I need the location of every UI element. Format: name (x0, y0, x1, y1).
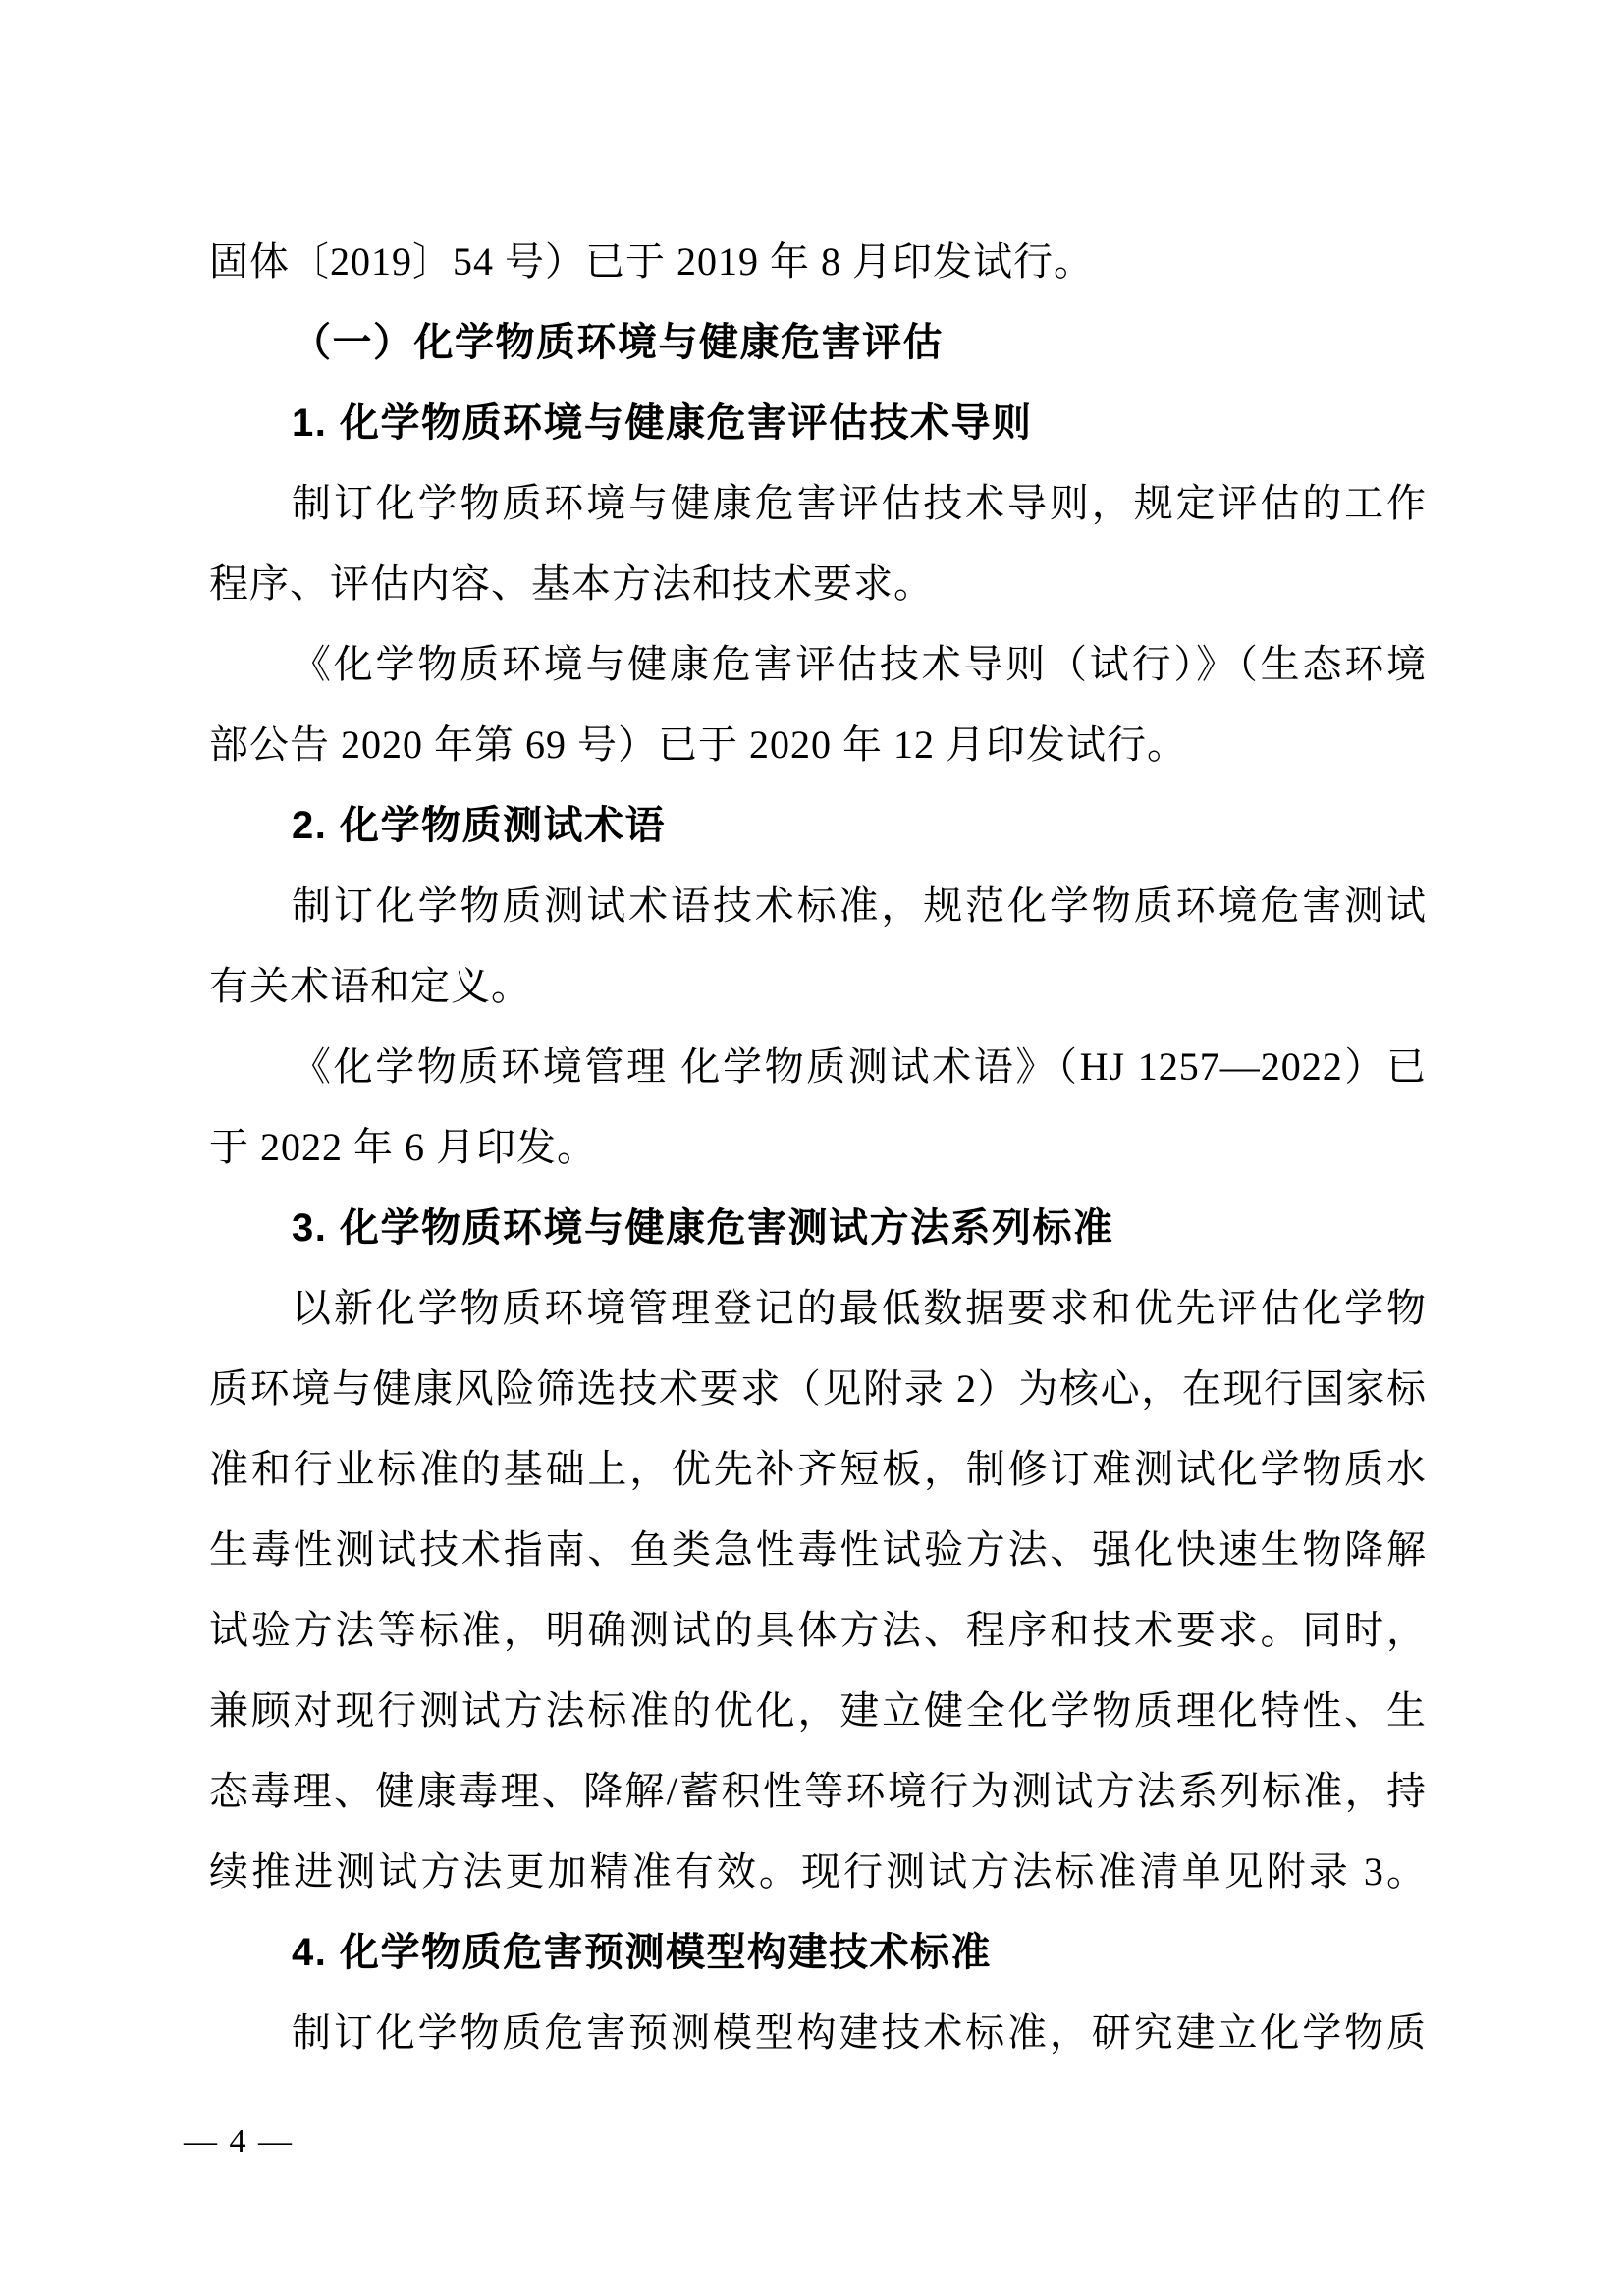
paragraph-line: 《化学物质环境管理 化学物质测试术语》（HJ 1257—2022）已 (209, 1027, 1427, 1107)
paragraph-line: 制订化学物质危害预测模型构建技术标准，研究建立化学物质 (209, 1993, 1427, 2073)
paragraph-line: 以新化学物质环境管理登记的最低数据要求和优先评估化学物 (209, 1268, 1427, 1349)
paragraph-line: 制订化学物质测试术语技术标准，规范化学物质环境危害测试 (209, 866, 1427, 946)
paragraph-line: 态毒理、健康毒理、降解/蓄积性等环境行为测试方法系列标准，持 (209, 1751, 1427, 1832)
paragraph-line: 程序、评估内容、基本方法和技术要求。 (209, 544, 1427, 624)
document-page: 固体〔2019〕54 号）已于 2019 年 8 月印发试行。 （一）化学物质环… (0, 0, 1624, 2296)
paragraph-line: 准和行业标准的基础上，优先补齐短板，制修订难测试化学物质水 (209, 1429, 1427, 1510)
paragraph-line: 于 2022 年 6 月印发。 (209, 1107, 1427, 1188)
subsection-heading-4: 4. 化学物质危害预测模型构建技术标准 (209, 1912, 1427, 1993)
paragraph-line: 试验方法等标准，明确测试的具体方法、程序和技术要求。同时， (209, 1590, 1427, 1671)
paragraph-line: 续推进测试方法更加精准有效。现行测试方法标准清单见附录 3。 (209, 1832, 1427, 1912)
paragraph-line: 生毒性测试技术指南、鱼类急性毒性试验方法、强化快速生物降解 (209, 1510, 1427, 1590)
subsection-heading-3: 3. 化学物质环境与健康危害测试方法系列标准 (209, 1188, 1427, 1268)
subsection-heading-1: 1. 化学物质环境与健康危害评估技术导则 (209, 383, 1427, 463)
paragraph-line: 兼顾对现行测试方法标准的优化，建立健全化学物质理化特性、生 (209, 1671, 1427, 1751)
document-body: 固体〔2019〕54 号）已于 2019 年 8 月印发试行。 （一）化学物质环… (209, 222, 1427, 2073)
section-heading: （一）化学物质环境与健康危害评估 (209, 302, 1427, 383)
body-line: 固体〔2019〕54 号）已于 2019 年 8 月印发试行。 (209, 222, 1427, 302)
page-number: — 4 — (184, 2120, 294, 2163)
paragraph-line: 制订化学物质环境与健康危害评估技术导则，规定评估的工作 (209, 463, 1427, 544)
paragraph-line: 《化学物质环境与健康危害评估技术导则（试行）》（生态环境 (209, 624, 1427, 705)
paragraph-line: 质环境与健康风险筛选技术要求（见附录 2）为核心，在现行国家标 (209, 1349, 1427, 1429)
paragraph-line: 部公告 2020 年第 69 号）已于 2020 年 12 月印发试行。 (209, 705, 1427, 785)
paragraph-line: 有关术语和定义。 (209, 946, 1427, 1027)
subsection-heading-2: 2. 化学物质测试术语 (209, 785, 1427, 866)
